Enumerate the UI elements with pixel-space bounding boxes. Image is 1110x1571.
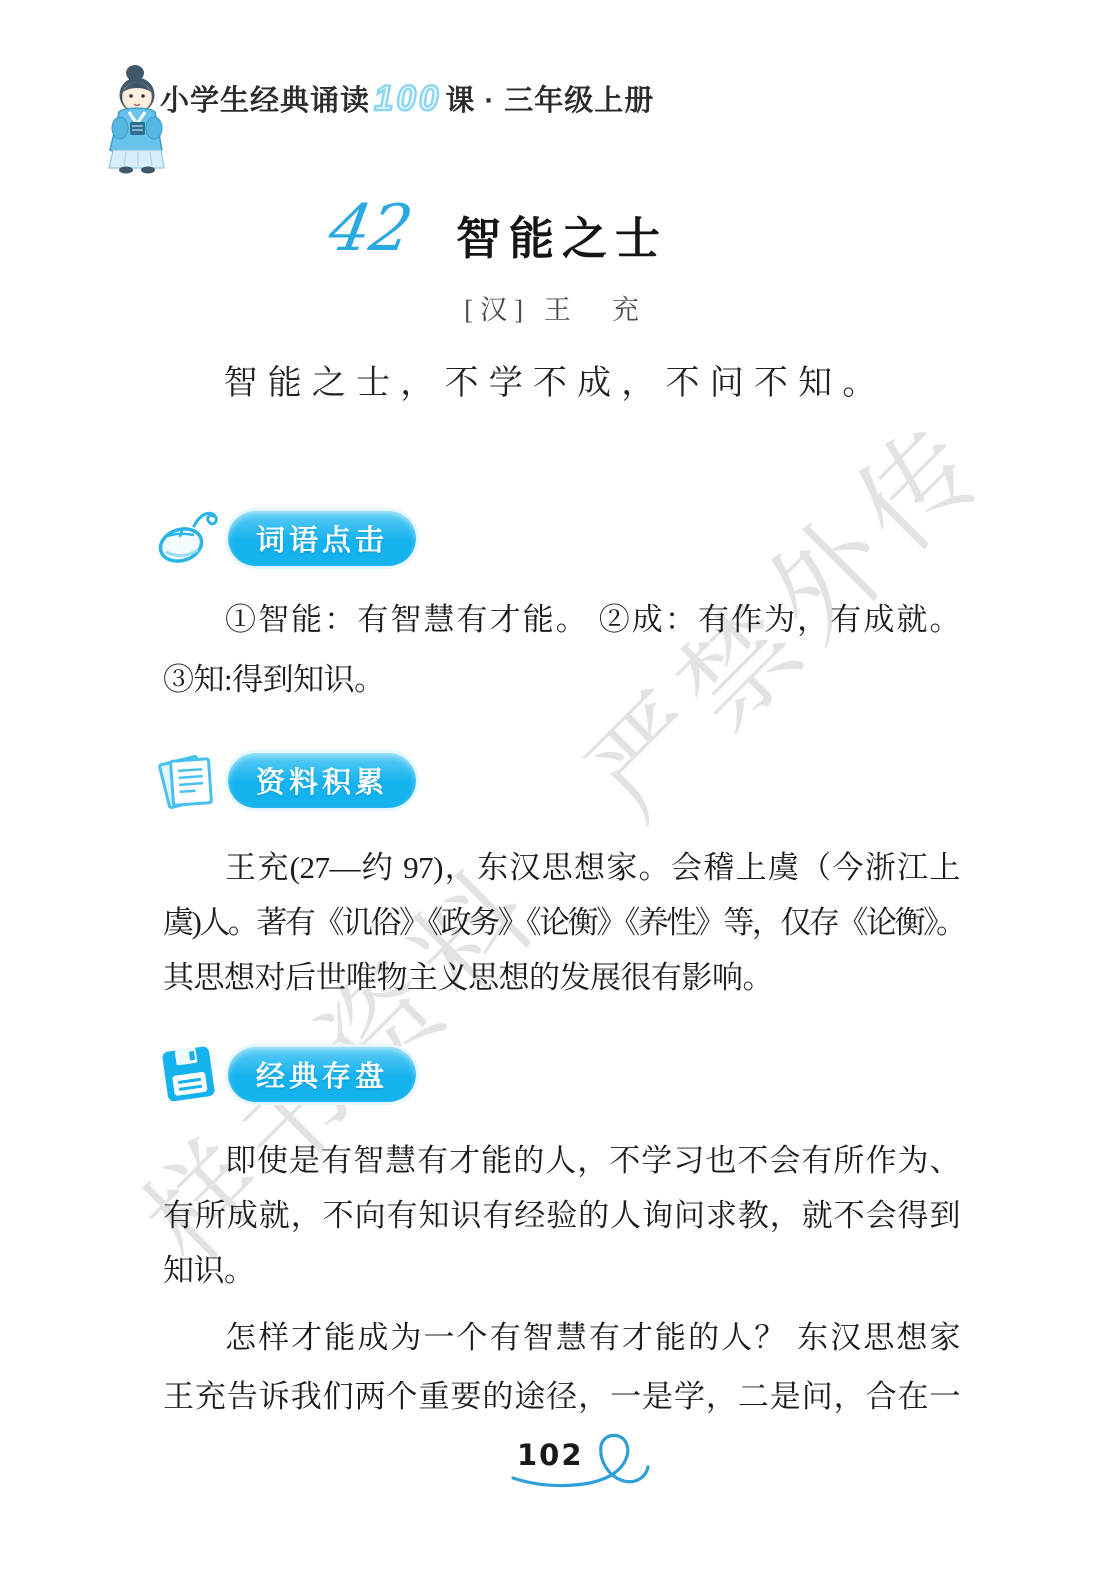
author-line: [汉] 王 充: [0, 288, 1110, 327]
documents-icon: [156, 750, 222, 810]
header-highlight-100: 100: [374, 79, 441, 119]
classic-line: 即使是有智慧有才能的人，不学习也不会有所作为、: [163, 1133, 960, 1188]
material-line: 虞)人。著有《讥俗》《政务》《论衡》《养性》等，仅存《论衡》。: [163, 895, 960, 950]
lesson-title: 智能之士: [456, 202, 668, 267]
section-header-classic: 经典存盘: [156, 1044, 416, 1104]
section-header-material: 资料积累: [156, 750, 416, 810]
material-line: 王充(27—约 97)，东汉思想家。会稽上虞（今浙江上: [163, 840, 960, 895]
section-badge-material: 资料积累: [228, 753, 416, 808]
word-notes-paragraph: ①智能：有智慧有才能。 ②成：有作为，有成就。 ③知:得到知识。: [163, 590, 960, 710]
classic-quote: 智能之士，不学不成，不问不知。: [0, 355, 1110, 404]
header-prefix: 小学生经典诵读: [160, 78, 370, 119]
material-line: 其思想对后世唯物主义思想的发展很有影响。: [163, 950, 960, 1005]
book-series-header: 小学生经典诵读 100 课 · 三年级上册: [160, 78, 654, 119]
section-badge-words: 词语点击: [228, 511, 416, 566]
section-header-words: 词语点击: [156, 508, 416, 568]
material-paragraph: 王充(27—约 97)，东汉思想家。会稽上虞（今浙江上 虞)人。著有《讥俗》《政…: [163, 840, 960, 1005]
classic-paragraph-2: 怎样才能成为一个有智慧有才能的人？ 东汉思想家 王充告诉我们两个重要的途径，一是…: [163, 1308, 960, 1426]
section-badge-classic: 经典存盘: [228, 1047, 416, 1102]
word-note-line: ①智能：有智慧有才能。 ②成：有作为，有成就。: [163, 590, 960, 650]
mouse-icon: [156, 508, 222, 568]
book-page: 样书资料 严禁外传 小学生经典诵读: [0, 0, 1110, 1571]
classic-line: 知识。: [163, 1243, 960, 1298]
classic-paragraph-1: 即使是有智慧有才能的人，不学习也不会有所作为、 有所成就，不向有知识有经验的人询…: [163, 1133, 960, 1298]
classic-line: 怎样才能成为一个有智慧有才能的人？ 东汉思想家: [163, 1308, 960, 1367]
page-footer: 102: [505, 1430, 665, 1502]
page-number: 102: [517, 1438, 584, 1472]
lesson-number: 42: [323, 192, 417, 266]
classic-line: 有所成就，不向有知识有经验的人询问求教，就不会得到: [163, 1188, 960, 1243]
floppy-disk-icon: [156, 1044, 222, 1104]
header-suffix: 课 · 三年级上册: [445, 78, 654, 119]
word-note-line: ③知:得到知识。: [163, 650, 960, 710]
classic-line: 王充告诉我们两个重要的途径，一是学，二是问，合在一: [163, 1367, 960, 1426]
